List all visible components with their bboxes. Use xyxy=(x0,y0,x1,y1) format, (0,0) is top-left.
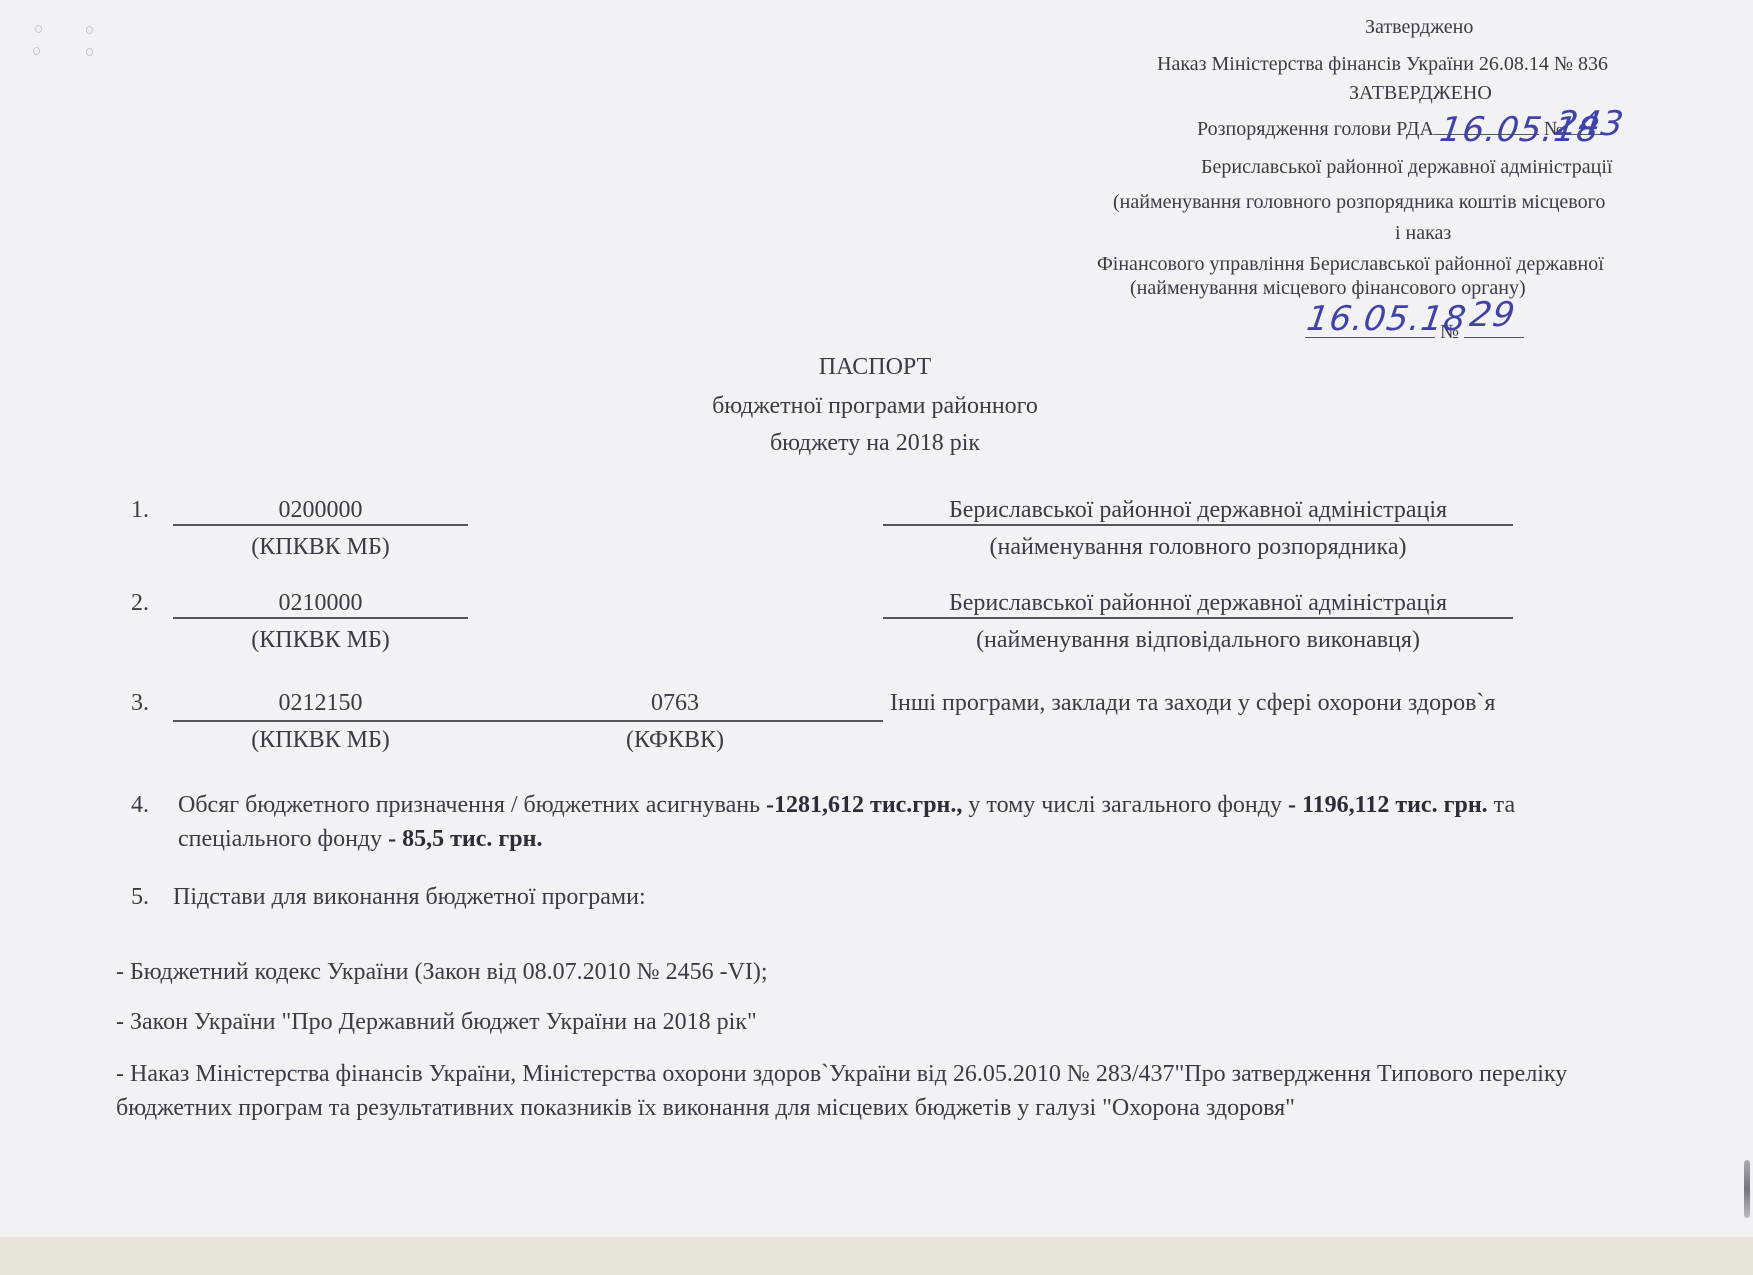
executor-name: Бериславської районної державної адмініс… xyxy=(883,590,1513,619)
general-fund-amount: - 1196,112 тис. грн. xyxy=(1288,792,1488,818)
program-name: Інші програми, заклади та заходи у сфері… xyxy=(890,690,1495,717)
ground-item: - Наказ Міністерства фінансів України, М… xyxy=(116,1057,1576,1125)
ministry-order-line: Наказ Міністерства фінансів України 26.0… xyxy=(1157,53,1608,76)
kpkvk-code: 0212150 xyxy=(173,690,468,717)
ground-item: - Бюджетний кодекс України (Закон від 08… xyxy=(116,955,768,989)
title-main: ПАСПОРТ xyxy=(600,354,1150,381)
ground-item: - Закон України "Про Державний бюджет Ук… xyxy=(116,1005,757,1039)
punch-hole-mark xyxy=(86,48,93,56)
title-sub-2: бюджету на 2018 рік xyxy=(600,430,1150,457)
item-number: 1. xyxy=(131,497,149,524)
manager-name: Бериславської районної державної адмініс… xyxy=(883,497,1513,526)
approved-label: Затверджено xyxy=(1365,16,1473,39)
rda-order-number-field: 243 xyxy=(1568,134,1610,135)
finance-order-number-field: 29 xyxy=(1464,317,1524,338)
item-4-budget-volume: 4. Обсяг бюджетного призначення / бюджет… xyxy=(131,788,1631,856)
kpkvk-caption: (КПКВК МБ) xyxy=(173,534,468,561)
manager-caption: (найменування головного розпорядника) xyxy=(883,534,1513,561)
executor-caption: (найменування відповідального виконавця) xyxy=(883,627,1513,654)
approved-caps-label: ЗАТВЕРДЖЕНО xyxy=(1349,82,1492,105)
total-amount: -1281,612 тис.грн., xyxy=(766,792,962,818)
kpkvk-caption: (КПКВК МБ) xyxy=(173,727,468,754)
kpkvk-code: 0200000 xyxy=(173,497,468,526)
item-number: 4. xyxy=(131,788,149,822)
kfkvk-caption: (КФКВК) xyxy=(575,727,775,754)
and-order-label: і наказ xyxy=(1395,222,1451,245)
punch-hole-mark xyxy=(86,26,93,34)
item-number: 5. xyxy=(131,884,149,910)
title-sub-1: бюджетної програми районного xyxy=(600,393,1150,420)
finance-order-date-field: 16.05.18 xyxy=(1305,317,1435,338)
volume-text: у тому числі загального фонду xyxy=(962,792,1288,818)
punch-hole-mark xyxy=(35,25,42,33)
volume-text: Обсяг бюджетного призначення / бюджетних… xyxy=(178,792,766,818)
item-number: 3. xyxy=(131,690,149,717)
scanner-bed-strip xyxy=(0,1237,1753,1275)
kpkvk-code: 0210000 xyxy=(173,590,468,619)
scan-edge-mark xyxy=(1744,1160,1750,1218)
kfkvk-code: 0763 xyxy=(575,690,775,717)
finance-department-name: Фінансового управління Бериславської рай… xyxy=(1097,253,1604,276)
finance-body-caption: (найменування місцевого фінансового орга… xyxy=(1130,277,1526,300)
handwritten-number: 243 xyxy=(1553,104,1627,144)
item-number: 2. xyxy=(131,590,149,617)
handwritten-number: 29 xyxy=(1467,295,1518,335)
kpkvk-caption: (КПКВК МБ) xyxy=(173,627,468,654)
rda-order-line: Розпорядження голови РДА16.05.18 № 243 xyxy=(1197,118,1610,141)
scanned-page: Затверджено Наказ Міністерства фінансів … xyxy=(0,0,1753,1237)
rda-order-label: Розпорядження голови РДА xyxy=(1197,118,1434,140)
administration-name: Бериславської районної державної адмініс… xyxy=(1201,156,1612,179)
finance-order-line: 16.05.18 № 29 xyxy=(1305,317,1524,344)
rda-order-date-field: 16.05.18 xyxy=(1434,134,1539,135)
punch-hole-mark xyxy=(33,47,40,55)
item-5-grounds-heading: 5. Підстави для виконання бюджетної прог… xyxy=(131,880,646,914)
main-manager-caption: (найменування головного розпорядника кош… xyxy=(1113,191,1605,214)
handwritten-date: 16.05.18 xyxy=(1304,299,1469,339)
special-fund-amount: - 85,5 тис. грн. xyxy=(388,826,542,852)
grounds-heading-text: Підстави для виконання бюджетної програм… xyxy=(173,884,646,910)
